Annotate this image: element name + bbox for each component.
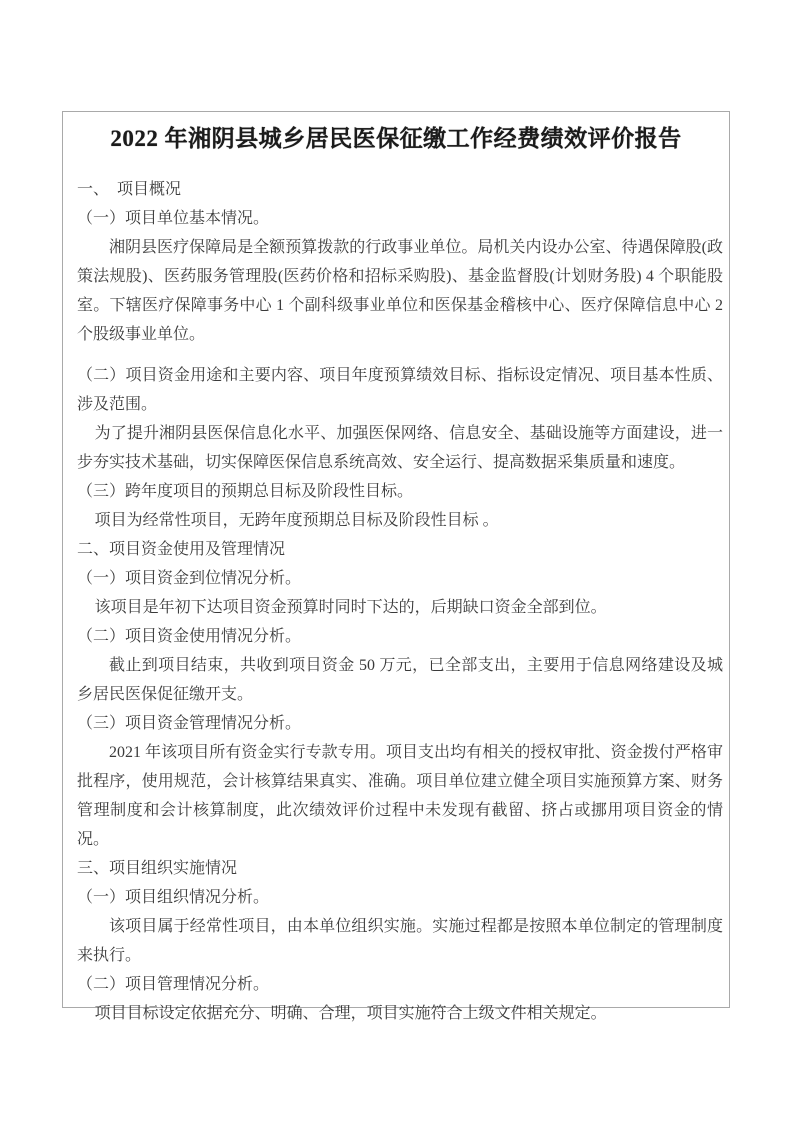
- sub-heading-3-1: （一）项目组织情况分析。: [77, 883, 723, 912]
- section-heading-1: 一、 项目概况: [77, 175, 723, 204]
- body-paragraph: 项目为经常性项目，无跨年度预期总目标及阶段性目标 。: [77, 506, 723, 535]
- section-heading-2: 二、项目资金使用及管理情况: [77, 535, 723, 564]
- sub-heading-3-2: （二）项目管理情况分析。: [77, 970, 723, 999]
- sub-heading-2-2: （二）项目资金使用情况分析。: [77, 622, 723, 651]
- sub-heading-1-3: （三）跨年度项目的预期总目标及阶段性目标。: [77, 477, 723, 506]
- body-paragraph: 该项目是年初下达项目资金预算时同时下达的，后期缺口资金全部到位。: [77, 593, 723, 622]
- sub-heading-1-1: （一）项目单位基本情况。: [77, 204, 723, 233]
- document-body: 一、 项目概况 （一）项目单位基本情况。 湘阴县医疗保障局是全额预算拨款的行政事…: [63, 175, 729, 1028]
- document-title: 2022 年湘阴县城乡居民医保征缴工作经费绩效评价报告: [69, 121, 723, 157]
- body-paragraph: 截止到项目结束，共收到项目资金 50 万元，已全部支出，主要用于信息网络建设及城…: [77, 651, 723, 709]
- body-paragraph: 为了提升湘阴县医保信息化水平、加强医保网络、信息安全、基础设施等方面建设，进一步…: [77, 419, 723, 477]
- sub-heading-1-2: （二）项目资金用途和主要内容、项目年度预算绩效目标、指标设定情况、项目基本性质、…: [77, 361, 723, 419]
- body-paragraph: 湘阴县医疗保障局是全额预算拨款的行政事业单位。局机关内设办公室、待遇保障股(政策…: [77, 233, 723, 349]
- body-paragraph: 该项目属于经常性项目，由本单位组织实施。实施过程都是按照本单位制定的管理制度来执…: [77, 912, 723, 970]
- sub-heading-2-3: （三）项目资金管理情况分析。: [77, 709, 723, 738]
- body-paragraph: 项目目标设定依据充分、明确、合理，项目实施符合上级文件相关规定。: [77, 999, 723, 1028]
- document-title-text: 2022 年湘阴县城乡居民医保征缴工作经费绩效评价报告: [110, 126, 681, 151]
- document-border-frame: 2022 年湘阴县城乡居民医保征缴工作经费绩效评价报告 一、 项目概况 （一）项…: [62, 111, 730, 1008]
- section-heading-3: 三、项目组织实施情况: [77, 854, 723, 883]
- body-paragraph: 2021 年该项目所有资金实行专款专用。项目支出均有相关的授权审批、资金拨付严格…: [77, 738, 723, 854]
- scanned-report-page: 2022 年湘阴县城乡居民医保征缴工作经费绩效评价报告 一、 项目概况 （一）项…: [0, 0, 794, 1122]
- sub-heading-2-1: （一）项目资金到位情况分析。: [77, 564, 723, 593]
